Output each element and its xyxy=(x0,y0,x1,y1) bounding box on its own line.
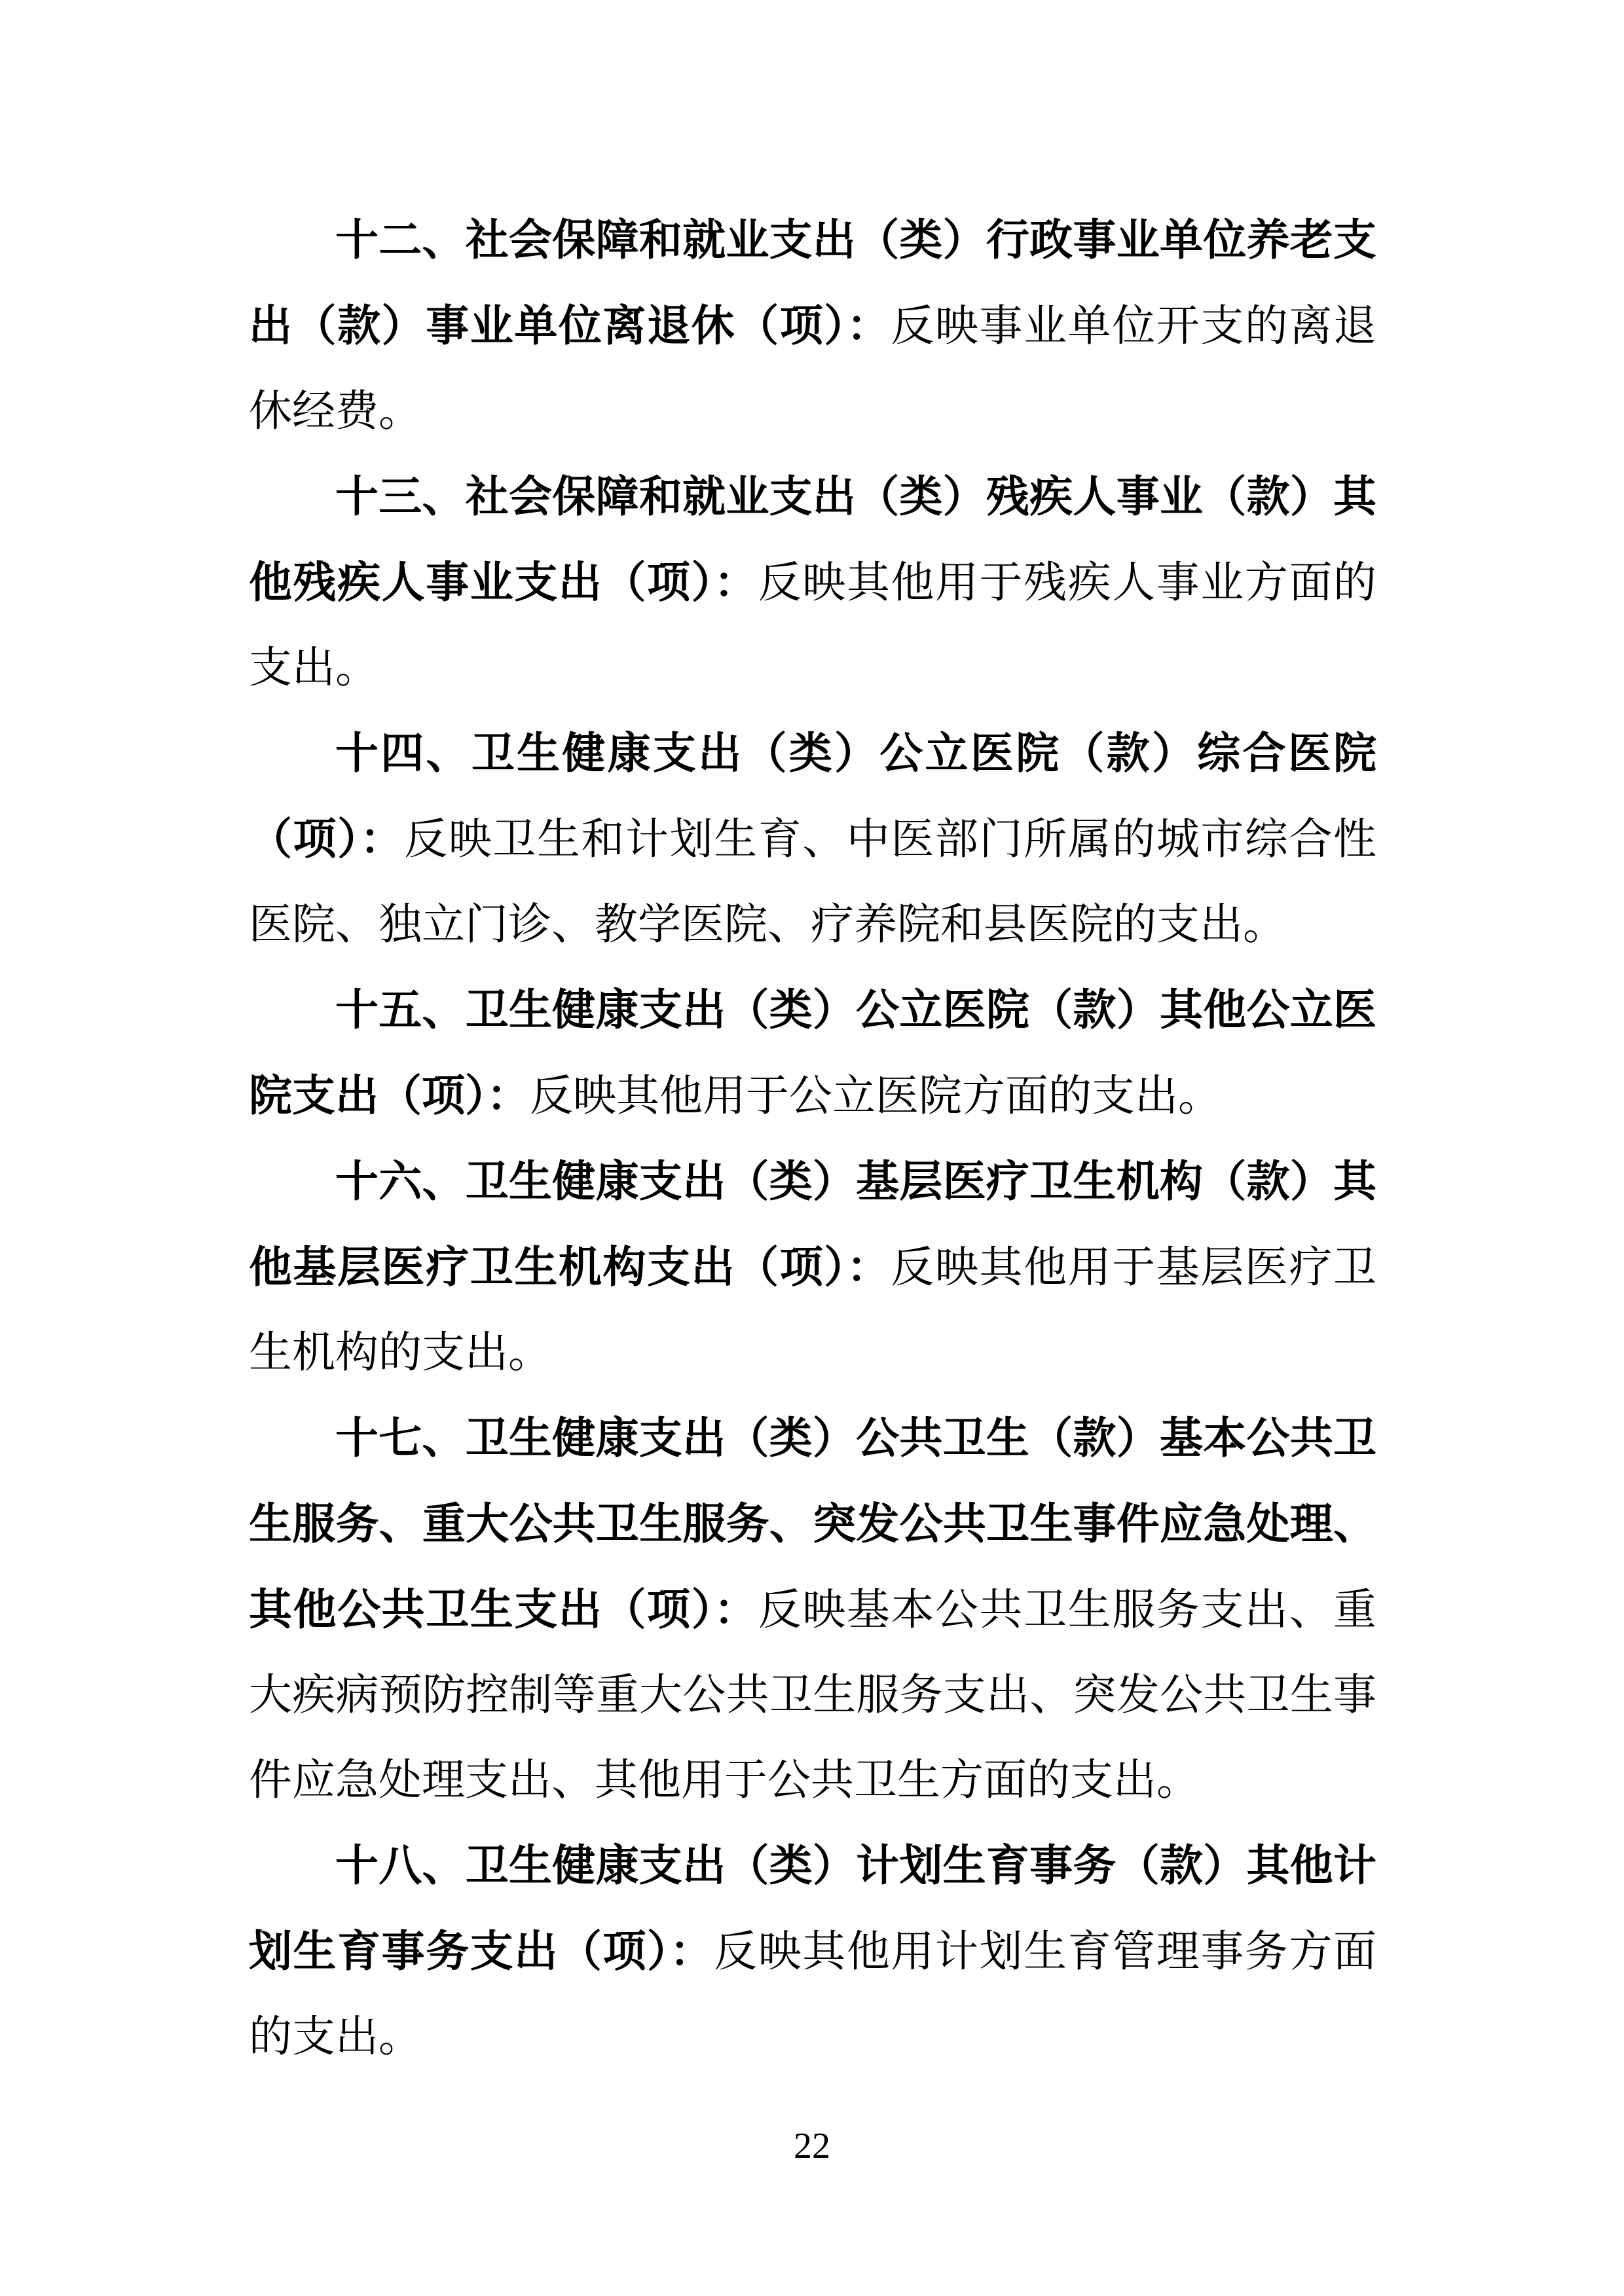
page-number: 22 xyxy=(0,2123,1624,2169)
text-block: 十二、社会保障和就业支出（类）行政事业单位养老支出（款）事业单位离退休（项）：反… xyxy=(249,197,1376,2079)
paragraph-14: 十四、卫生健康支出（类）公立医院（款）综合医院（项）：反映卫生和计划生育、中医部… xyxy=(249,710,1376,967)
paragraph-16: 十六、卫生健康支出（类）基层医疗卫生机构（款）其他基层医疗卫生机构支出（项）：反… xyxy=(249,1139,1376,1395)
paragraph-15: 十五、卫生健康支出（类）公立医院（款）其他公立医院支出（项）：反映其他用于公立医… xyxy=(249,967,1376,1139)
paragraph-17: 十七、卫生健康支出（类）公共卫生（款）基本公共卫生服务、重大公共卫生服务、突发公… xyxy=(249,1395,1376,1823)
paragraph-18: 十八、卫生健康支出（类）计划生育事务（款）其他计划生育事务支出（项）：反映其他用… xyxy=(249,1823,1376,2079)
clause-body: 反映卫生和计划生育、中医部门所属的城市综合性医院、独立门诊、教学医院、疗养院和县… xyxy=(249,814,1376,949)
paragraph-13: 十三、社会保障和就业支出（类）残疾人事业（款）其他残疾人事业支出（项）：反映其他… xyxy=(249,454,1376,710)
paragraph-12: 十二、社会保障和就业支出（类）行政事业单位养老支出（款）事业单位离退休（项）：反… xyxy=(249,197,1376,454)
document-page: 十二、社会保障和就业支出（类）行政事业单位养老支出（款）事业单位离退休（项）：反… xyxy=(0,0,1624,2296)
clause-body: 反映其他用于公立医院方面的支出。 xyxy=(530,1070,1221,1121)
